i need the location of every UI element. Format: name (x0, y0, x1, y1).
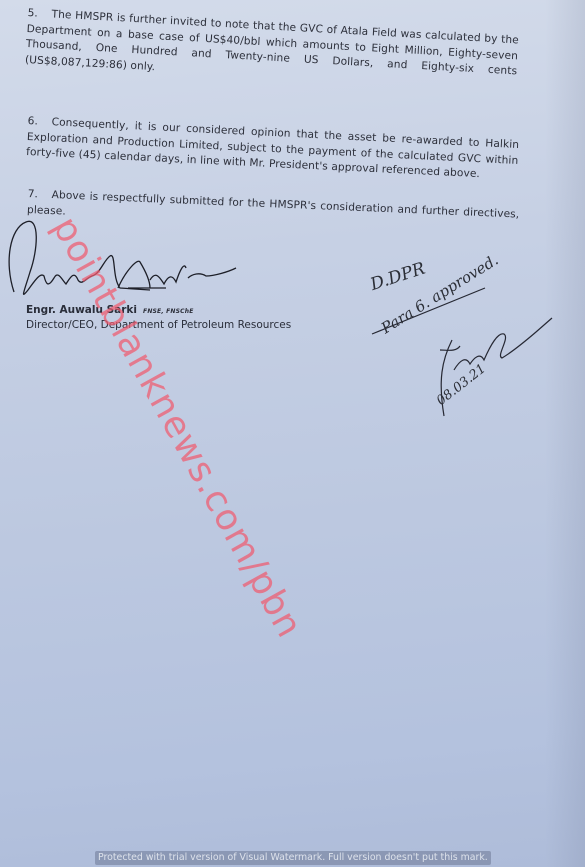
paragraph-7: 7.Above is respectfully submitted for th… (27, 187, 520, 239)
paragraph-text: The HMSPR is further invited to note tha… (25, 8, 519, 77)
minute-approval-note: Para 6. approved. (378, 251, 502, 337)
minute-addressee: D.DPR (368, 259, 428, 295)
paragraph-5: 5.The HMSPR is further invited to note t… (25, 6, 520, 95)
signatory-title: Director/CEO, Department of Petroleum Re… (26, 319, 291, 331)
site-watermark: pointblanknews.com/pbn (44, 210, 310, 645)
paragraph-text: Above is respectfully submitted for the … (27, 189, 520, 221)
trial-watermark-banner: Protected with trial version of Visual W… (95, 851, 491, 865)
signatory-block: Engr. Auwalu SarkiFNSE, FNSChE Director/… (26, 298, 291, 331)
paragraph-number: 6. (27, 114, 52, 131)
minute-date: 08.03.21 (434, 361, 489, 408)
paragraph-number: 7. (27, 187, 52, 203)
paragraph-6: 6.Consequently, it is our considered opi… (26, 114, 520, 184)
signature-scribble (9, 221, 236, 294)
minute-signature (440, 318, 552, 416)
page-shadow (545, 0, 585, 867)
paragraph-number: 5. (27, 6, 52, 23)
paragraph-text: Consequently, it is our considered opini… (26, 116, 520, 180)
signatory-credentials: FNSE, FNSChE (143, 308, 194, 315)
